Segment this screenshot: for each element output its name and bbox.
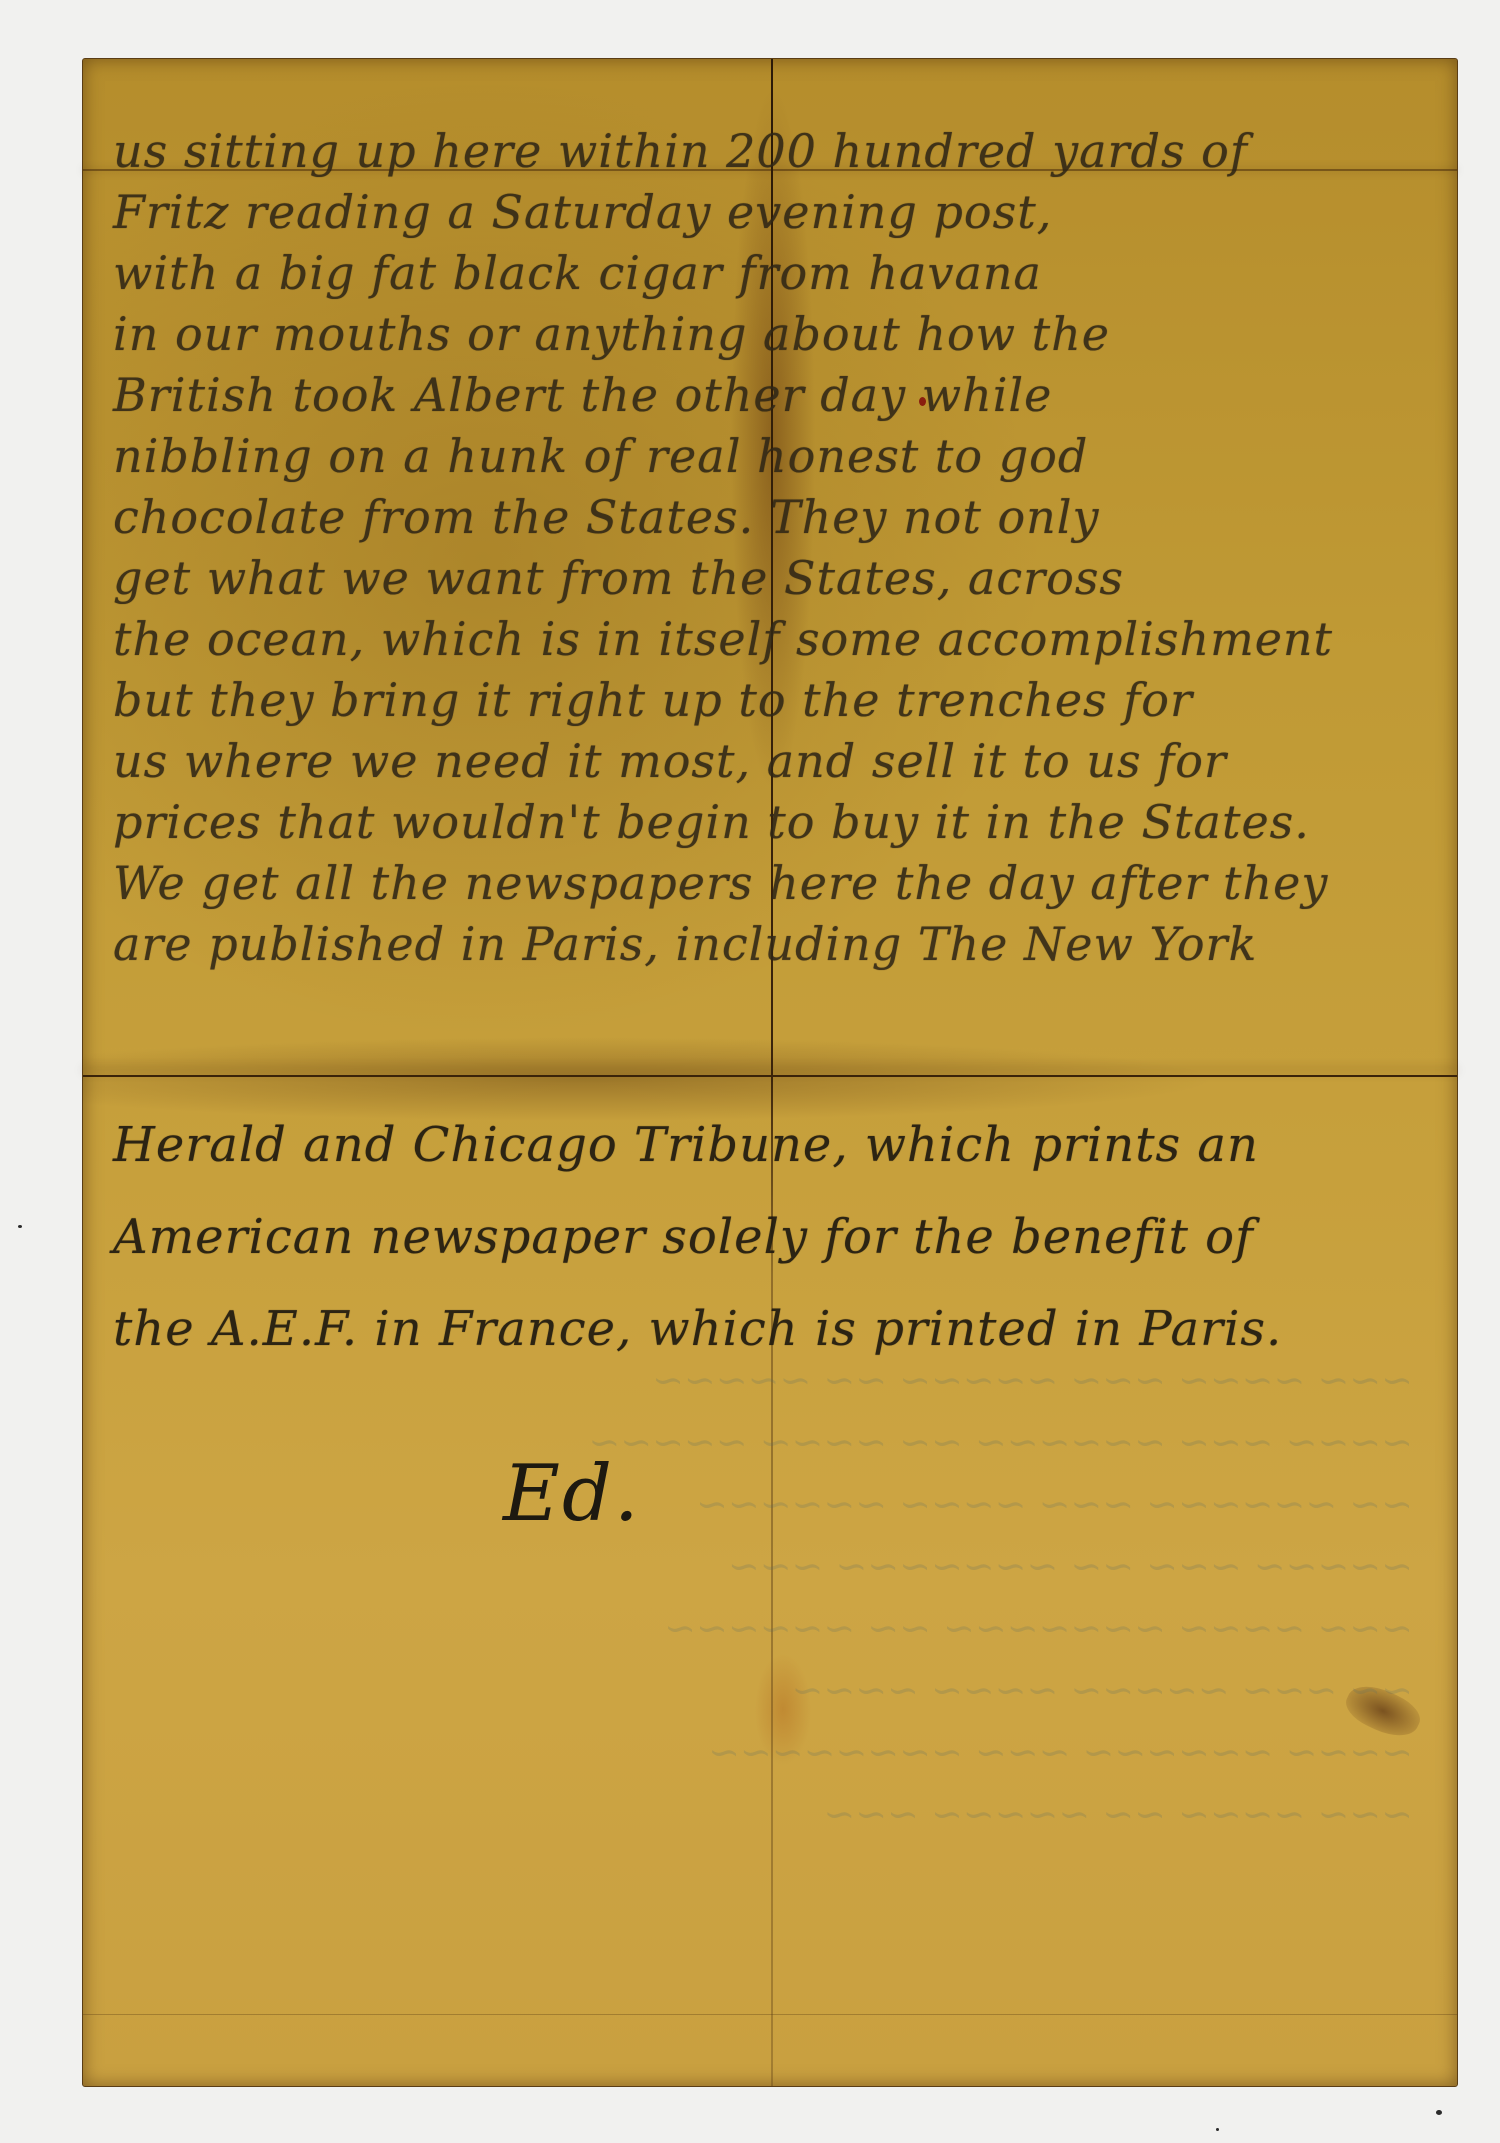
letter-line: We get all the newspapers here the day a… — [113, 853, 1433, 914]
letter-line: get what we want from the States, across — [113, 548, 1433, 609]
letter-line: with a big fat black cigar from havana — [113, 243, 1433, 304]
letter-line: Herald and Chicago Tribune, which prints… — [113, 1099, 1433, 1191]
bleed-line: ~~~~~ ~~~ ~~ ~~~~~~~ ~~~ — [213, 1535, 1413, 1597]
bleed-line: ~~ ~~~ ~~~~~ ~~~~ ~~~~ — [213, 1659, 1413, 1721]
letter-line: us where we need it most, and sell it to… — [113, 731, 1433, 792]
backdrop-speck — [18, 1225, 22, 1228]
letter-line: us sitting up here within 200 hundred ya… — [113, 121, 1433, 182]
letter-line: are published in Paris, including The Ne… — [113, 914, 1433, 975]
backdrop-speck — [1436, 2110, 1442, 2115]
letter-line: Fritz reading a Saturday evening post, — [113, 182, 1433, 243]
letter-line: the A.E.F. in France, which is printed i… — [113, 1283, 1433, 1375]
bleed-through-text: ~~~ ~~~~ ~~~ ~~~~~ ~~ ~~~~~ ~~~~ ~~~ ~~~… — [213, 1349, 1413, 1845]
letter-body-upper: us sitting up here within 200 hundred ya… — [113, 121, 1433, 975]
fold-crease-middle — [83, 1075, 1457, 1077]
bleed-line: ~~ ~~~~~~ ~~~ ~~~~ ~~~~~~ — [213, 1473, 1413, 1535]
letter-line: American newspaper solely for the benefi… — [113, 1191, 1433, 1283]
signature: Ed. — [503, 1449, 641, 1539]
letter-line: British took Albert the other day while — [113, 365, 1433, 426]
letter-line: but they bring it right up to the trench… — [113, 670, 1433, 731]
letter-line: chocolate from the States. They not only — [113, 487, 1433, 548]
letter-line: in our mouths or anything about how the — [113, 304, 1433, 365]
letter-line: prices that wouldn't begin to buy it in … — [113, 792, 1433, 853]
letter-line: nibbling on a hunk of real honest to god — [113, 426, 1433, 487]
bleed-line: ~~~~ ~~~~~~ ~~~ ~~~~~~~~ — [213, 1721, 1413, 1783]
letter-page: ~~~ ~~~~ ~~~ ~~~~~ ~~ ~~~~~ ~~~~ ~~~ ~~~… — [82, 58, 1458, 2087]
letter-body-lower: Herald and Chicago Tribune, which prints… — [113, 1099, 1433, 1375]
letter-line: the ocean, which is in itself some accom… — [113, 609, 1433, 670]
fold-crease-bottom — [83, 2014, 1457, 2015]
backdrop-speck — [1216, 2128, 1219, 2131]
bleed-line: ~~~~ ~~~ ~~~~~~ ~~ ~~~~ ~~~~~ — [213, 1411, 1413, 1473]
bleed-line: ~~~ ~~~~ ~~~~~~~ ~~ ~~~~~~ — [213, 1597, 1413, 1659]
bleed-line: ~~~ ~~~~ ~~ ~~~~~ ~~~ — [213, 1783, 1413, 1845]
